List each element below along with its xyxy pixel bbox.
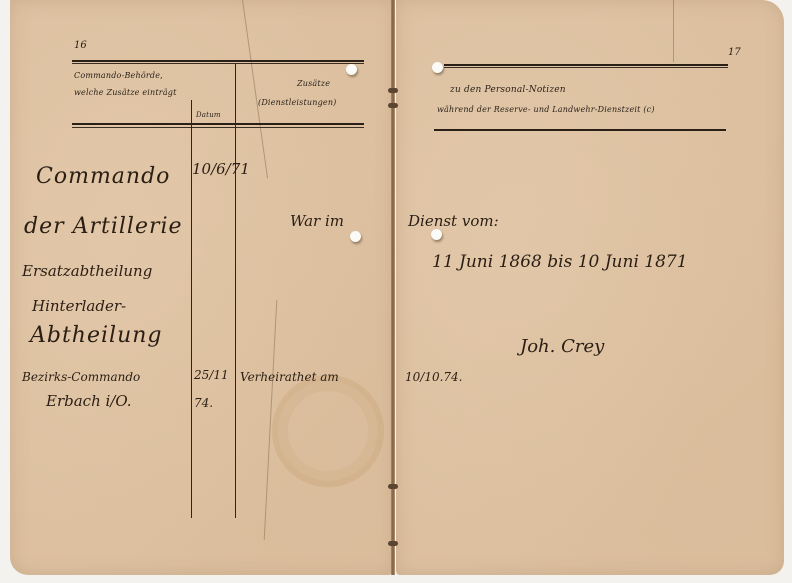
entry1-authority-line5: Abtheilung: [30, 323, 163, 348]
header-authority-line2: welche Zusätze einträgt: [74, 88, 177, 97]
binding-stitch: [388, 88, 398, 93]
entry1-authority-line1: Commando: [36, 164, 170, 189]
right-header-top-rule: [444, 67, 728, 68]
punch-hole: [346, 64, 357, 75]
entry2-date-line2: 74.: [194, 396, 213, 410]
header-additions-line2: (Dienstleistungen): [258, 98, 337, 107]
right-header-bottom-rule: [434, 129, 726, 131]
entry1-authority-line3: Ersatzabtheilung: [22, 262, 152, 280]
marriage-date: 10/10.74.: [405, 370, 462, 384]
entry1-date: 10/6/71: [192, 160, 250, 178]
binding-stitch: [388, 484, 398, 489]
entry1-authority-line4: Hinterlader-: [32, 297, 126, 315]
binding-stitch: [388, 103, 398, 108]
punch-hole: [350, 231, 361, 242]
right-header-line2: während der Reserve- und Landwehr-Dienst…: [437, 105, 655, 114]
column-divider-additions: [235, 63, 236, 518]
page-number-right: 17: [728, 47, 741, 58]
entry2-authority-line1: Bezirks-Commando: [22, 370, 140, 384]
header-bottom-rule: [72, 127, 364, 128]
header-date: Datum: [196, 111, 221, 119]
header-top-rule: [72, 63, 364, 64]
punch-hole: [431, 229, 442, 240]
service-period: 11 Juni 1868 bis 10 Juni 1871: [432, 252, 688, 272]
entry2-addition: Verheirathet am: [240, 370, 339, 384]
right-header-top-rule: [444, 64, 728, 66]
addition-continued: War im: [290, 212, 344, 230]
punch-hole: [432, 62, 443, 73]
binding-stitch: [388, 541, 398, 546]
paper-crease: [673, 0, 674, 62]
entry1-authority-line2: der Artillerie: [24, 214, 183, 239]
entry2-date-line1: 25/11: [194, 368, 229, 382]
entry2-authority-line2: Erbach i/O.: [46, 392, 132, 410]
header-authority-line1: Commando-Behörde,: [74, 71, 163, 80]
signature: Joh. Crey: [520, 336, 604, 357]
header-top-rule: [72, 60, 364, 62]
left-page: [10, 0, 394, 575]
service-label: Dienst vom:: [408, 212, 499, 230]
header-additions-line1: Zusätze: [297, 79, 330, 88]
page-number-left: 16: [74, 40, 87, 51]
right-header-line1: zu den Personal-Notizen: [450, 85, 566, 95]
faded-official-stamp: [272, 375, 384, 487]
header-bottom-rule: [72, 123, 364, 125]
